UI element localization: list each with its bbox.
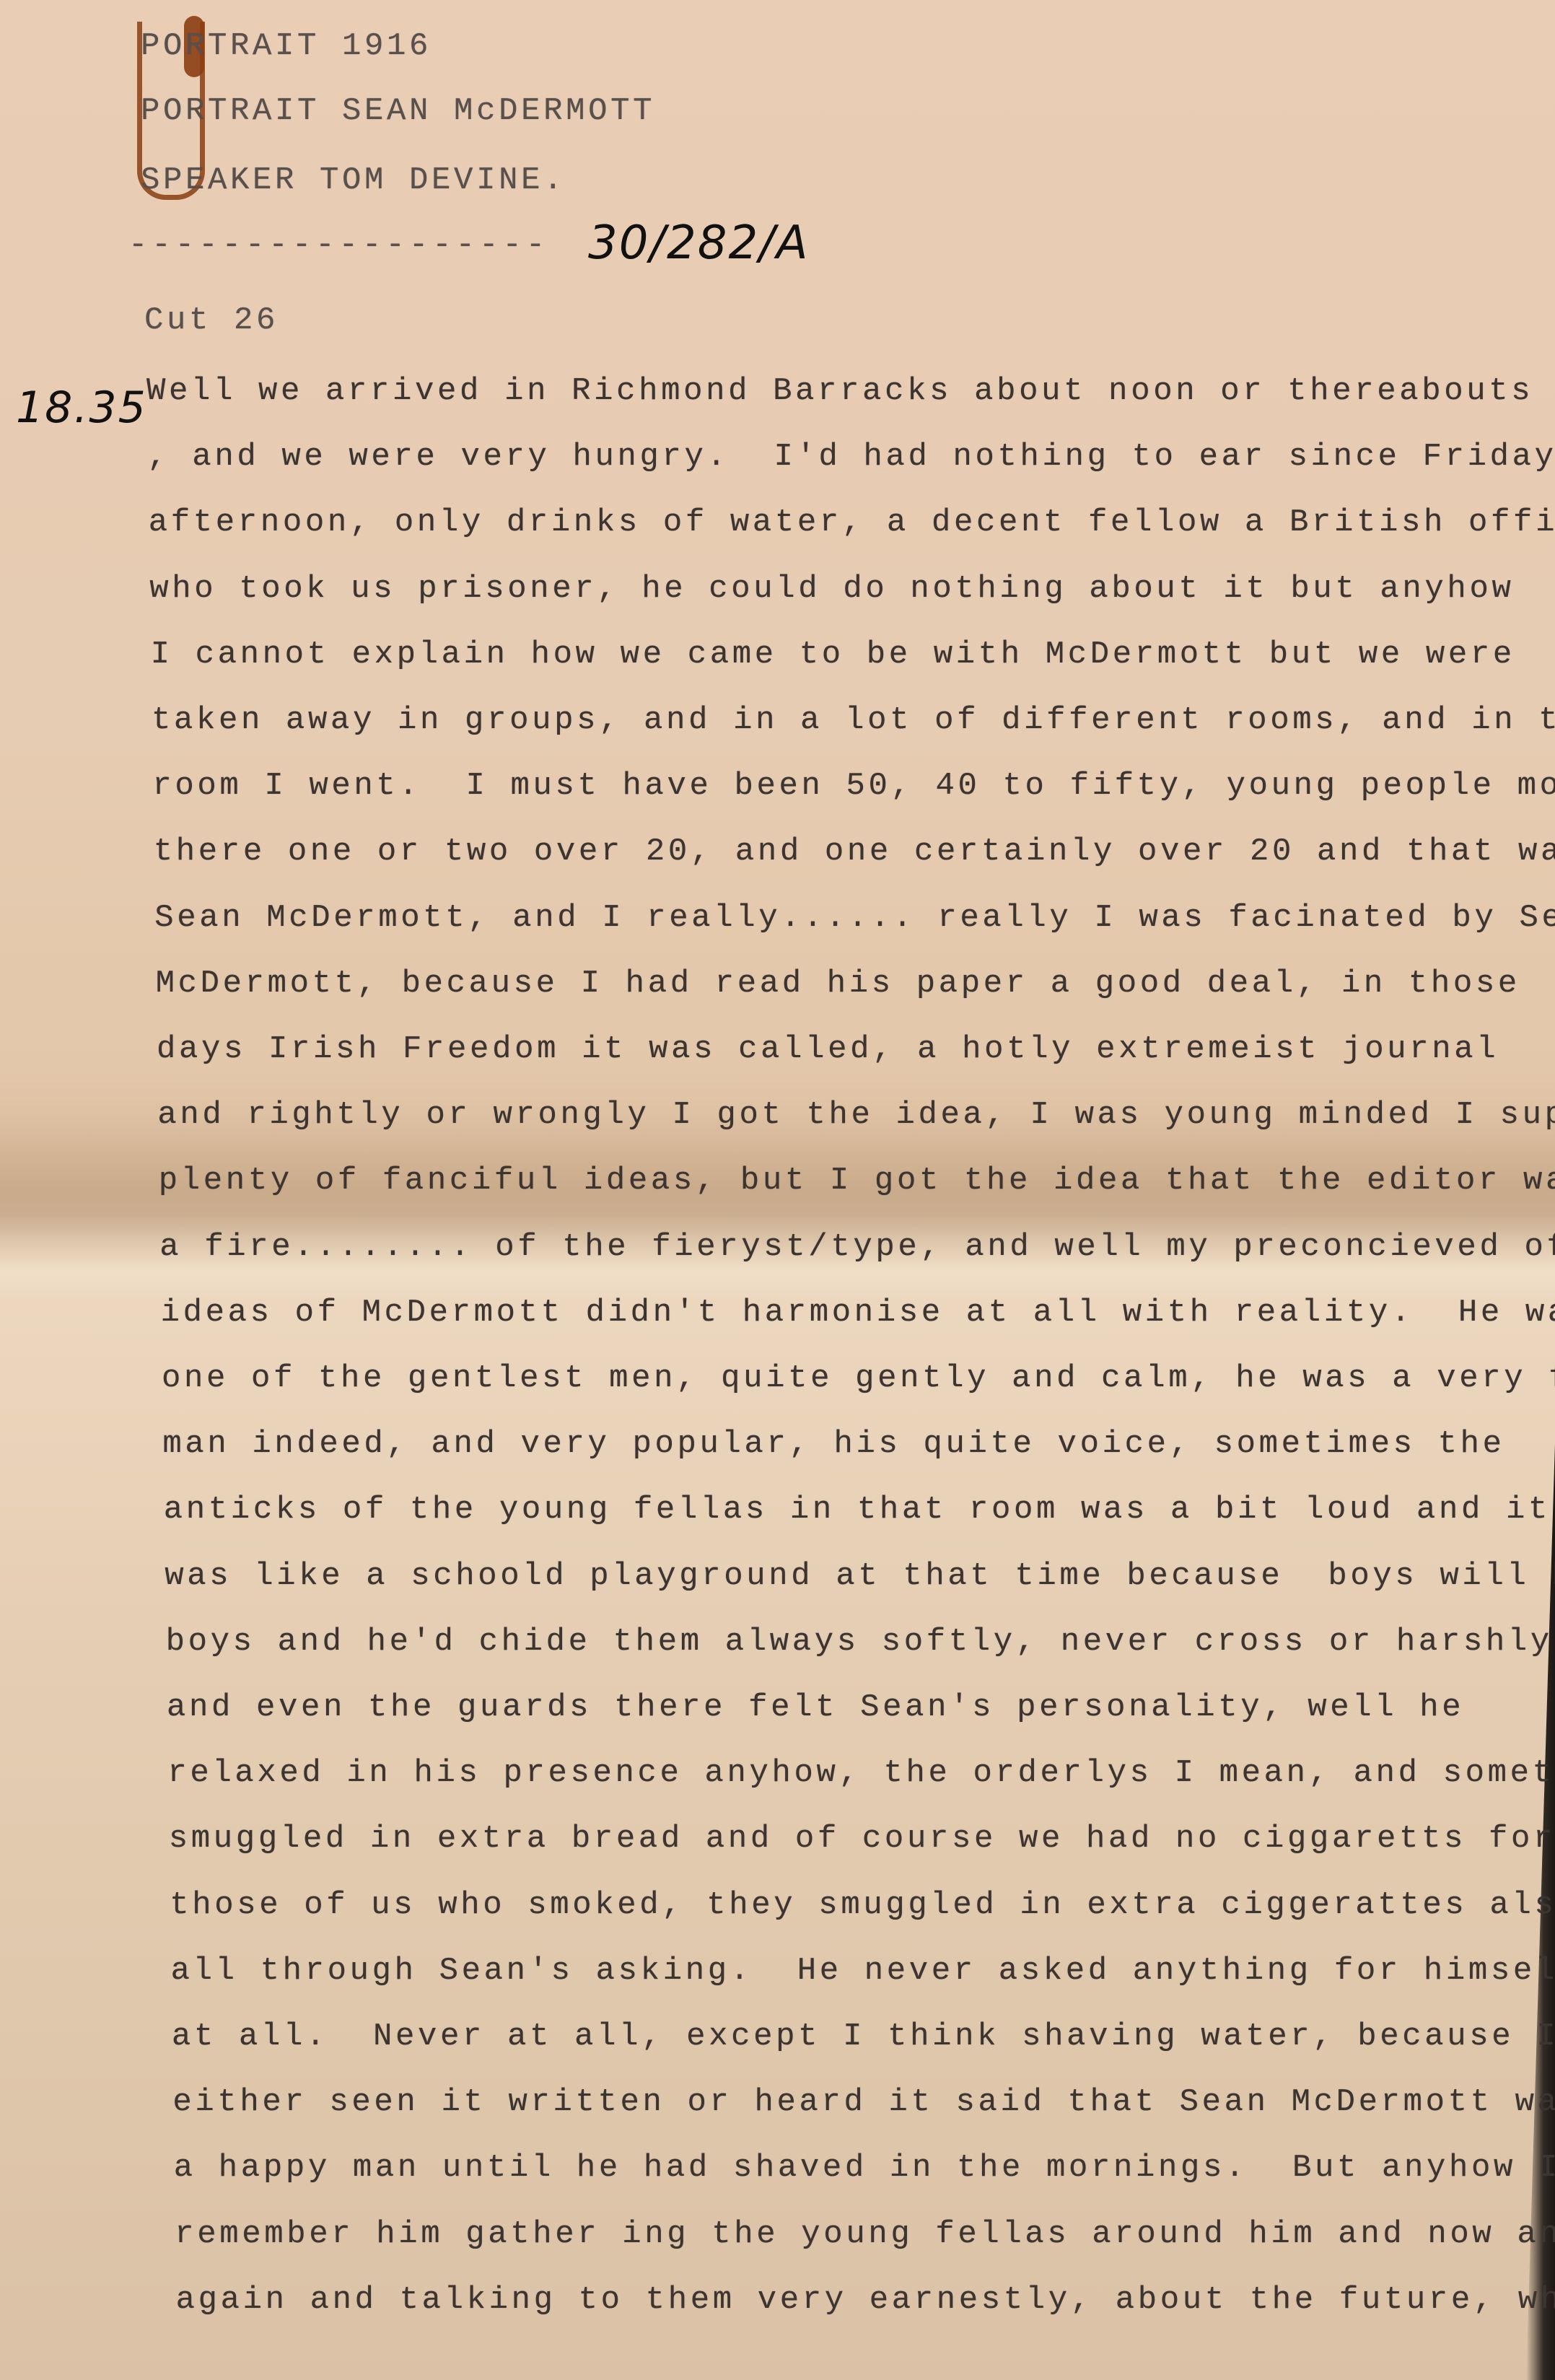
transcript-line: a fire........ of the fieryst/type, and … [159, 1231, 1555, 1263]
transcript-line: afternoon, only drinks of water, a decen… [149, 507, 1555, 538]
transcript-line: again and talking to them very earnestly… [176, 2284, 1555, 2316]
handwritten-reference: 30/282/A [588, 216, 810, 270]
transcript-line: ideas of McDermott didn't harmonise at a… [161, 1297, 1555, 1329]
transcript-line: Sean McDermott, and I really...... reall… [154, 902, 1555, 934]
transcript-line: anticks of the young fellas in that room… [164, 1494, 1551, 1526]
transcript-line: days Irish Freedom it was called, a hotl… [157, 1033, 1499, 1065]
transcript-line: I cannot explain how we came to be with … [151, 639, 1515, 670]
header-line-2: PORTRAIT SEAN McDERMOTT [141, 95, 655, 127]
transcript-line: room I went. I must have been 50, 40 to … [152, 770, 1555, 802]
transcript-line: remember him gather ing the young fellas… [175, 2218, 1555, 2250]
transcript-line: relaxed in his presence anyhow, the orde… [167, 1757, 1555, 1789]
transcript-line: smuggled in extra bread and of course we… [169, 1823, 1555, 1855]
transcript-line: taken away in groups, and in a lot of di… [152, 704, 1555, 736]
header-line-3: SPEAKER TOM DEVINE. [141, 165, 566, 196]
separator-dashes: ------------------ [128, 229, 549, 261]
transcript-line: and rightly or wrongly I got the idea, I… [157, 1099, 1555, 1131]
paper-fold [0, 1111, 1555, 1299]
header-line-1: PORTRAIT 1916 [141, 30, 432, 62]
transcript-line: , and we were very hungry. I'd had nothi… [147, 441, 1555, 473]
transcript-line: who took us prisoner, he could do nothin… [149, 573, 1514, 605]
handwritten-timecode: 18.35 [16, 382, 147, 433]
transcript-line: plenty of fanciful ideas, but I got the … [159, 1165, 1555, 1196]
transcript-line: Well we arrived in Richmond Barracks abo… [146, 375, 1533, 407]
transcript-line: boys and he'd chide them always softly, … [166, 1626, 1555, 1658]
cut-label: Cut 26 [144, 305, 279, 336]
transcript-line: and even the guards there felt Sean's pe… [167, 1692, 1464, 1723]
typed-transcript-page: PORTRAIT 1916 PORTRAIT SEAN McDERMOTT SP… [0, 0, 1555, 2380]
transcript-line: was like a schoold playground at that ti… [165, 1560, 1555, 1592]
transcript-line: those of us who smoked, they smuggled in… [170, 1889, 1555, 1921]
transcript-line: all through Sean's asking. He never aske… [171, 1955, 1555, 1987]
transcript-line: either seen it written or heard it said … [172, 2086, 1555, 2118]
transcript-line: at all. Never at all, except I think sha… [172, 2021, 1555, 2052]
transcript-line: there one or two over 20, and one certai… [154, 836, 1555, 867]
transcript-line: one of the gentlest men, quite gently an… [162, 1362, 1555, 1394]
transcript-line: McDermott, because I had read his paper … [156, 968, 1520, 999]
transcript-line: man indeed, and very popular, his quite … [162, 1428, 1504, 1460]
transcript-line: a happy man until he had shaved in the m… [174, 2152, 1555, 2184]
